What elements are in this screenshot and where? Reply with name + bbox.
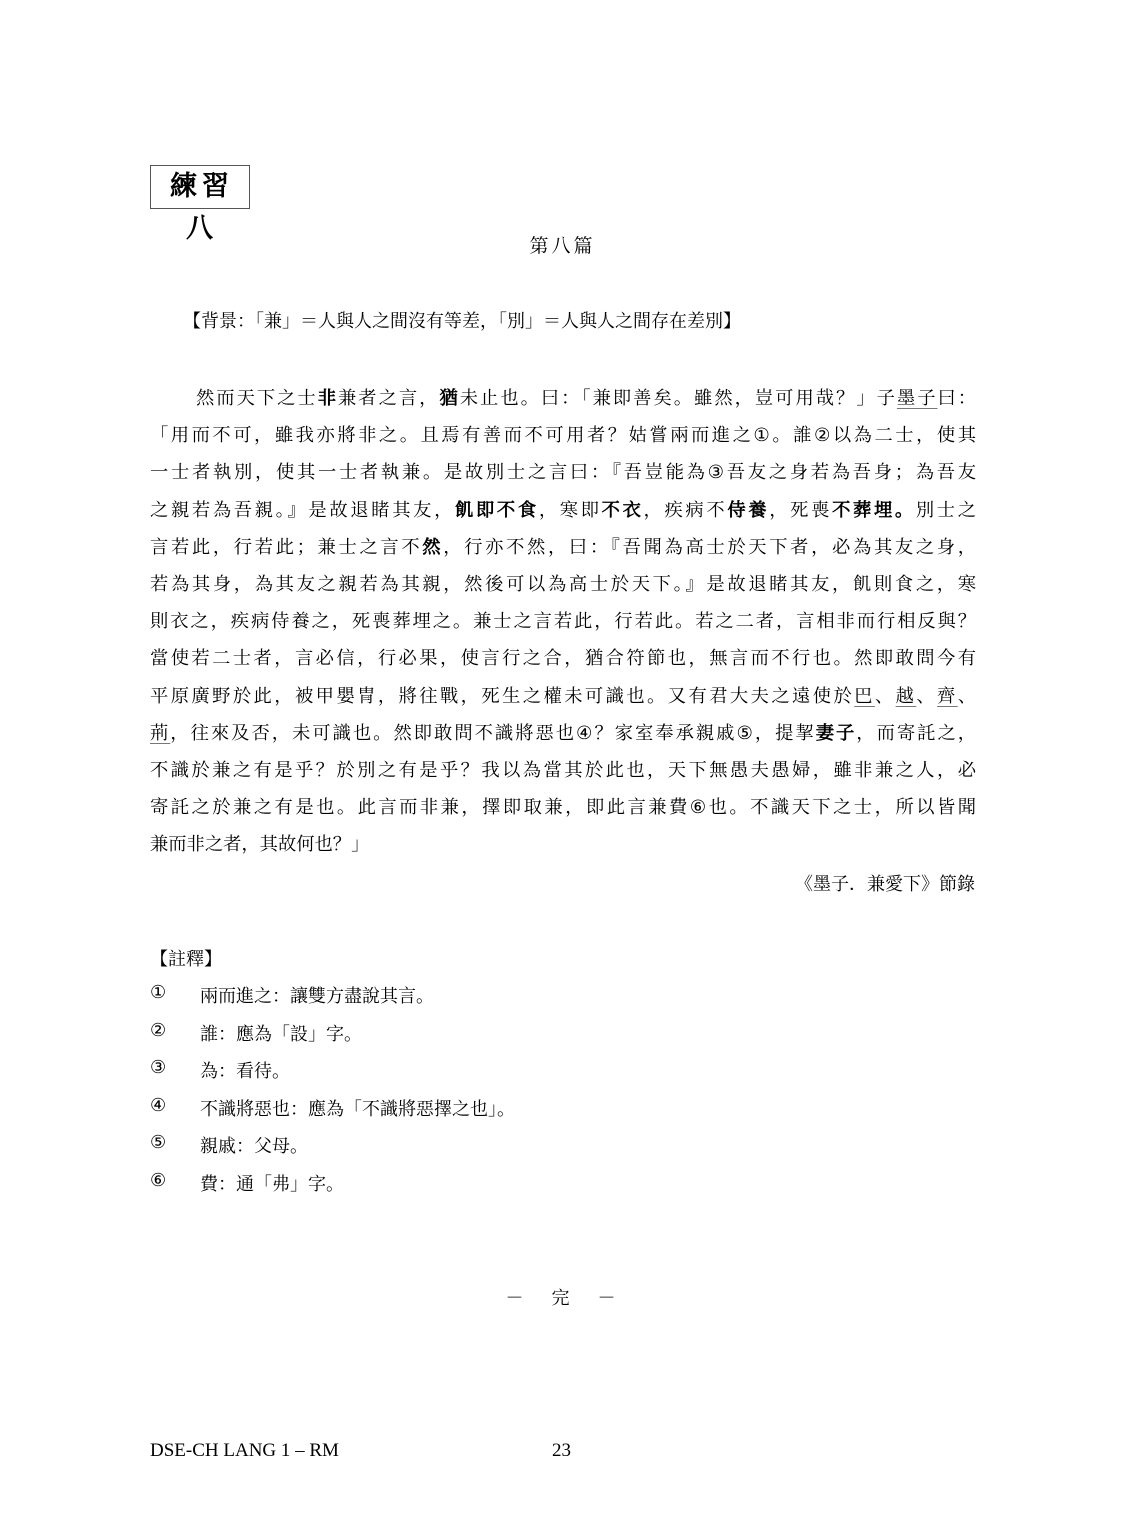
text-segment: ，寒即 — [539, 500, 602, 521]
passage-line: 則衣之，疾病侍養之，死喪葬埋之。兼士之言若此，行若此。若之二者，言相非而行相反與… — [150, 603, 976, 640]
proper-noun-underline: 齊 — [937, 686, 958, 707]
passage-line: 荊，往來及否，未可識也。然即敢問不識將惡也④？家室奉承親戚⑤，提挈妻子，而寄託之… — [150, 715, 976, 752]
end-mark: －完－ — [0, 1284, 1125, 1310]
text-segment: ，行亦不然，曰：『吾聞為高士於天下者，必為其友之身， — [443, 537, 976, 558]
text-segment: 然而天下之士 — [196, 388, 318, 409]
note-text: 為：看待。 — [200, 1057, 290, 1095]
text-segment: 當使若二士者，言必信，行必果，使言行之合，猶合符節也，無言而不行也。然即敢問今有 — [150, 648, 976, 669]
text-segment: ，疾病不 — [644, 500, 728, 521]
passage-line: 當使若二士者，言必信，行必果，使言行之合，猶合符節也，無言而不行也。然即敢問今有 — [150, 640, 976, 677]
page-number: 23 — [552, 1440, 571, 1462]
proper-noun-underline: 巴 — [854, 686, 875, 707]
text-segment: 兼而非之者，其故何也？」 — [150, 834, 369, 855]
text-segment: 、 — [875, 686, 896, 707]
background-note: 【背景：「兼」＝人與人之間沒有等差，「別」＝人與人之間存在差別】 — [183, 307, 983, 333]
passage-line: 「用而不可，雖我亦將非之。且焉有善而不可用者？姑嘗兩而進之①。誰②以為二士，使其 — [150, 417, 976, 454]
text-segment: 、 — [958, 686, 976, 707]
text-segment: 平原廣野於此，被甲嬰冑，將往戰，死生之權未可識也。又有君大夫之遠使於 — [150, 686, 854, 707]
text-segment: 言若此，行若此；兼士之言不 — [150, 537, 422, 558]
passage-line: 平原廣野於此，被甲嬰冑，將往戰，死生之權未可識也。又有君大夫之遠使於巴、越、齊、 — [150, 678, 976, 715]
text-segment: ，而寄託之， — [856, 723, 976, 744]
text-segment: 則衣之，疾病侍養之，死喪葬埋之。兼士之言若此，行若此。若之二者，言相非而行相反與… — [150, 611, 976, 632]
note-number: ③ — [150, 1057, 200, 1095]
emphasis-text: 飢即不食 — [455, 500, 539, 521]
note-text: 不識將惡也：應為「不識將惡擇之也」。 — [200, 1095, 515, 1133]
note-text: 誰：應為「設」字。 — [200, 1020, 362, 1058]
emphasis-text: 侍養 — [727, 500, 769, 521]
footer-paper-code: DSE-CH LANG 1 – RM — [150, 1440, 339, 1462]
passage-line: 言若此，行若此；兼士之言不然，行亦不然，曰：『吾聞為高士於天下者，必為其友之身， — [150, 529, 976, 566]
emphasis-text: 妻子 — [816, 723, 857, 744]
note-item: ③為：看待。 — [150, 1057, 515, 1095]
note-item: ④不識將惡也：應為「不識將惡擇之也」。 — [150, 1095, 515, 1133]
passage-line: 不識於兼之有是乎？於別之有是乎？我以為當其於此也，天下無愚夫愚婦，雖非兼之人，必 — [150, 752, 976, 789]
text-segment: 未止也。曰：「兼即善矣。雖然，豈可用哉？」子 — [460, 388, 897, 409]
proper-noun-underline: 越 — [896, 686, 917, 707]
end-text: 完 — [552, 1288, 574, 1309]
note-item: ⑥費：通「弗」字。 — [150, 1170, 515, 1208]
passage-line: 寄託之於兼之有是也。此言而非兼，擇即取兼，即此言兼費⑥也。不識天下之士，所以皆聞 — [150, 789, 976, 826]
note-item: ⑤親戚：父母。 — [150, 1132, 515, 1170]
text-segment: 一士者執別，使其一士者執兼。是故別士之言曰：『吾豈能為③吾友之身若為吾身；為吾友 — [150, 462, 976, 483]
emphasis-text: 不衣 — [602, 500, 644, 521]
emphasis-text: 然 — [422, 537, 443, 558]
passage-line: 兼而非之者，其故何也？」 — [150, 826, 976, 863]
passage-line: 然而天下之士非兼者之言，猶未止也。曰：「兼即善矣。雖然，豈可用哉？」子墨子曰： — [150, 380, 976, 417]
note-number: ⑤ — [150, 1132, 200, 1170]
notes-list: ①兩而進之：讓雙方盡說其言。 ②誰：應為「設」字。 ③為：看待。 ④不識將惡也：… — [150, 982, 515, 1207]
text-segment: 若為其身，為其友之親若為其親，然後可以為高士於天下。』是故退睹其友，飢則食之，寒 — [150, 574, 976, 595]
passage-body: 然而天下之士非兼者之言，猶未止也。曰：「兼即善矣。雖然，豈可用哉？」子墨子曰：「… — [150, 380, 976, 863]
section-title: 第八篇 — [0, 231, 1125, 258]
note-item: ②誰：應為「設」字。 — [150, 1020, 515, 1058]
text-segment: ，死喪 — [769, 500, 832, 521]
text-segment: ，往來及否，未可識也。然即敢問不識將惡也④？家室奉承親戚⑤，提挈 — [170, 723, 815, 744]
proper-noun-underline: 墨子 — [897, 388, 938, 409]
emphasis-text: 猶 — [439, 388, 459, 409]
text-segment: 不識於兼之有是乎？於別之有是乎？我以為當其於此也，天下無愚夫愚婦，雖非兼之人，必 — [150, 760, 976, 781]
text-segment: 、 — [916, 686, 937, 707]
text-segment: 兼者之言， — [338, 388, 439, 409]
proper-noun-underline: 荊 — [150, 723, 170, 744]
note-number: ④ — [150, 1095, 200, 1133]
note-text: 兩而進之：讓雙方盡說其言。 — [200, 982, 434, 1020]
note-item: ①兩而進之：讓雙方盡說其言。 — [150, 982, 515, 1020]
passage-line: 若為其身，為其友之親若為其親，然後可以為高士於天下。』是故退睹其友，飢則食之，寒 — [150, 566, 976, 603]
end-dash-right: － — [598, 1288, 620, 1309]
text-segment: 曰： — [937, 388, 976, 409]
end-dash-left: － — [506, 1288, 528, 1309]
passage-line: 一士者執別，使其一士者執兼。是故別士之言曰：『吾豈能為③吾友之身若為吾身；為吾友 — [150, 454, 976, 491]
note-text: 親戚：父母。 — [200, 1132, 308, 1170]
notes-heading: 【註釋】 — [150, 945, 222, 971]
emphasis-text: 非 — [318, 388, 338, 409]
note-number: ① — [150, 982, 200, 1020]
note-number: ② — [150, 1020, 200, 1058]
source-citation: 《墨子．兼愛下》節錄 — [795, 870, 975, 896]
text-segment: 寄託之於兼之有是也。此言而非兼，擇即取兼，即此言兼費⑥也。不識天下之士，所以皆聞 — [150, 797, 976, 818]
text-segment: 別士之 — [916, 500, 976, 521]
passage-line: 之親若為吾親。』是故退睹其友，飢即不食，寒即不衣，疾病不侍養，死喪不葬埋。別士之 — [150, 492, 976, 529]
emphasis-text: 不葬埋。 — [832, 500, 916, 521]
exercise-title: 練習八 — [150, 165, 250, 209]
note-number: ⑥ — [150, 1170, 200, 1208]
note-text: 費：通「弗」字。 — [200, 1170, 344, 1208]
text-segment: 「用而不可，雖我亦將非之。且焉有善而不可用者？姑嘗兩而進之①。誰②以為二士，使其 — [150, 425, 976, 446]
text-segment: 之親若為吾親。』是故退睹其友， — [150, 500, 455, 521]
